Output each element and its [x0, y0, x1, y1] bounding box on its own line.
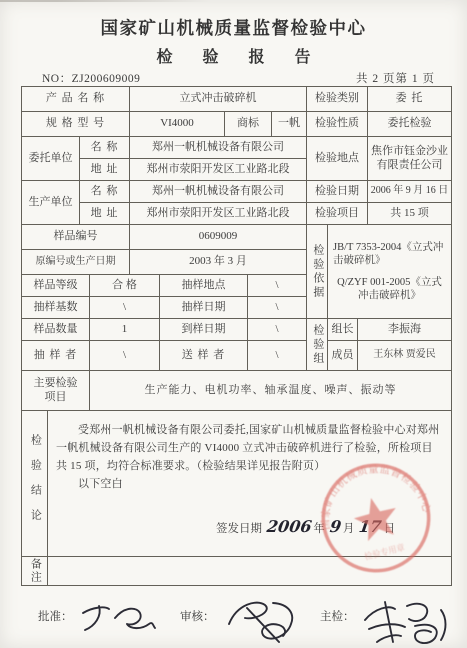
sample-grade-value: 合 格: [90, 275, 160, 297]
spec-model-value: VI4000: [130, 112, 225, 137]
sampling-place-label: 抽样地点: [160, 275, 248, 297]
inspection-basis-label: 检验依据: [307, 225, 328, 319]
inspection-place-value: 焦作市钰金沙业有限责任公司: [368, 137, 452, 181]
sampler-label: 抽 样 者: [22, 341, 90, 371]
report-number-value: ZJ200609009: [72, 73, 141, 85]
inspection-nature-value: 委托检验: [368, 112, 452, 137]
issue-day-handwritten: 17: [356, 517, 385, 537]
inspection-category-value: 委 托: [368, 87, 452, 112]
remarks-label: 备注: [22, 557, 48, 586]
conclusion-below-blank: 以下空白: [56, 475, 441, 493]
section-main-items: 主要检验项目 生产能力、电机功率、轴承温度、噪声、振动等: [21, 370, 452, 411]
original-no-label: 原编号或生产日期: [22, 250, 130, 275]
product-name-value: 立式冲击破碎机: [130, 87, 307, 112]
inspection-basis-value: JB/T 7353-2004《立式冲击破碎机》 Q/ZYF 001-2005《立…: [328, 225, 452, 319]
manufacturer-addr-value: 郑州市荥阳开发区工业路北段: [130, 203, 307, 225]
inspection-items-value: 共 15 项: [368, 203, 452, 225]
trademark-label: 商标: [225, 112, 272, 137]
issue-date-label: 签发日期: [216, 523, 262, 535]
sample-sender-label: 送 样 者: [160, 341, 248, 371]
inspection-place-label: 检验地点: [307, 137, 368, 181]
product-name-label: 产 品 名 称: [22, 87, 130, 112]
main-items-label: 主要检验项目: [22, 371, 90, 411]
client-name-label: 名 称: [80, 137, 130, 159]
approve-label: 批准：: [38, 596, 73, 624]
inspection-category-label: 检验类别: [307, 87, 368, 112]
chief-label: 主检：: [320, 596, 355, 624]
team-leader-value: 李振海: [358, 319, 452, 341]
sample-qty-value: 1: [90, 319, 160, 341]
sample-grade-label: 样品等级: [22, 275, 90, 297]
remarks-value: [48, 557, 452, 586]
section-conclusion: 检验结论 受郑州一帆机械设备有限公司委托,国家矿山机械质量监督检验中心对郑州一帆…: [21, 410, 452, 557]
inspection-date-label: 检验日期: [307, 181, 368, 203]
page-title: 国家矿山机械质量监督检验中心: [0, 15, 467, 40]
section-product: 产 品 名 称 立式冲击破碎机 检验类别 委 托 规 格 型 号 VI4000 …: [21, 86, 452, 137]
review-signature: [217, 596, 309, 646]
trademark-value: 一帆: [272, 112, 307, 137]
section-units: 委托单位 名 称 郑州一帆机械设备有限公司 检验地点 焦作市钰金沙业有限责任公司…: [21, 136, 452, 225]
sampling-date-value: \: [248, 297, 307, 319]
inspection-nature-label: 检验性质: [307, 112, 368, 137]
sampling-base-label: 抽样基数: [22, 297, 90, 319]
month-unit: 月: [343, 523, 355, 535]
approve-signature: [75, 596, 161, 638]
sample-no-label: 样品编号: [22, 225, 130, 250]
conclusion-paragraph: 受郑州一帆机械设备有限公司委托,国家矿山机械质量监督检验中心对郑州一帆机械设备有…: [56, 421, 441, 475]
inspection-date-value: 2006 年 9 月 16 日: [368, 181, 452, 203]
client-name-value: 郑州一帆机械设备有限公司: [130, 137, 307, 159]
year-unit: 年: [313, 523, 325, 535]
basis-standard-2: Q/ZYF 001-2005《立式冲击破碎机》: [333, 276, 446, 302]
client-addr-label: 地 址: [80, 159, 130, 181]
report-number-label: NO：: [42, 73, 72, 85]
sampling-base-value: \: [90, 297, 160, 319]
main-items-value: 生产能力、电机功率、轴承温度、噪声、振动等: [90, 371, 452, 411]
inspection-team-label: 检验组: [307, 319, 328, 371]
original-no-value: 2003 年 3 月: [130, 250, 307, 275]
issue-date-line: 签发日期 2006年 9月 17日: [216, 517, 395, 537]
sample-sender-value: \: [248, 341, 307, 371]
approve-signature-group: 批准：: [38, 596, 161, 638]
review-signature-group: 审核：: [180, 596, 309, 646]
issue-month-handwritten: 9: [326, 517, 344, 537]
report-number: NO：ZJ200609009: [42, 70, 140, 86]
manufacturer-label: 生产单位: [22, 181, 80, 225]
report-table: 产 品 名 称 立式冲击破碎机 检验类别 委 托 规 格 型 号 VI4000 …: [21, 87, 452, 586]
conclusion-label: 检验结论: [22, 411, 48, 557]
conclusion-body: 受郑州一帆机械设备有限公司委托,国家矿山机械质量监督检验中心对郑州一帆机械设备有…: [48, 411, 452, 557]
team-member-value: 王东林 贾爱民: [358, 341, 452, 371]
chief-signature-group: 主检：: [320, 596, 457, 648]
section-sample: 样品编号 0609009 检验依据 JB/T 7353-2004《立式冲击破碎机…: [21, 224, 452, 371]
basis-standard-1: JB/T 7353-2004《立式冲击破碎机》: [333, 241, 446, 267]
team-member-label: 成员: [328, 341, 358, 371]
sample-no-value: 0609009: [130, 225, 307, 250]
manufacturer-name-value: 郑州一帆机械设备有限公司: [130, 181, 307, 203]
manufacturer-name-label: 名 称: [80, 181, 130, 203]
sampling-date-label: 抽样日期: [160, 297, 248, 319]
team-leader-label: 组长: [328, 319, 358, 341]
manufacturer-addr-label: 地 址: [80, 203, 130, 225]
sample-qty-label: 样品数量: [22, 319, 90, 341]
page-subtitle: 检 验 报 告: [0, 44, 467, 67]
chief-signature: [357, 596, 457, 648]
inspection-items-label: 检验项目: [307, 203, 368, 225]
arrival-date-label: 到样日期: [160, 319, 248, 341]
arrival-date-value: \: [248, 319, 307, 341]
sampler-value: \: [90, 341, 160, 371]
spec-model-label: 规 格 型 号: [22, 112, 130, 137]
issue-year-handwritten: 2006: [263, 517, 314, 537]
client-addr-value: 郑州市荥阳开发区工业路北段: [130, 159, 307, 181]
client-label: 委托单位: [22, 137, 80, 181]
inspection-report-page: 国家矿山机械质量监督检验中心 检 验 报 告 NO：ZJ200609009 共 …: [0, 0, 467, 648]
sampling-place-value: \: [248, 275, 307, 297]
day-unit: 日: [384, 523, 396, 535]
review-label: 审核：: [180, 596, 215, 624]
page-count: 共 2 页第 1 页: [356, 70, 435, 86]
section-remarks: 备注: [21, 556, 452, 586]
signature-row: 批准： 审核： 主检：: [30, 596, 445, 644]
